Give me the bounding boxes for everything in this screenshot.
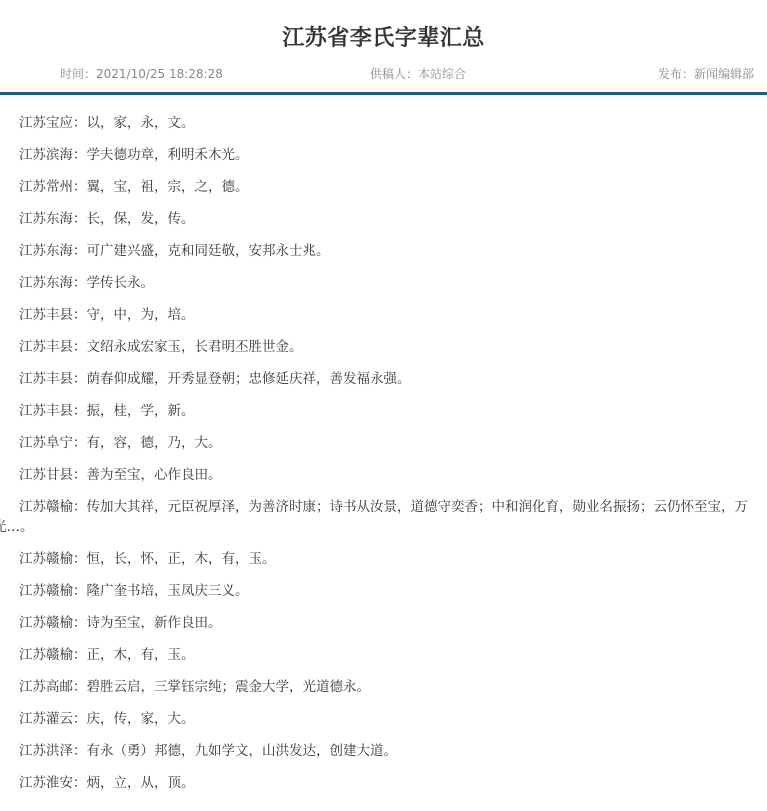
entry-paragraph: 江苏赣榆：隆广奎书培，玉凤庆三义。 (0, 581, 767, 613)
entry-paragraph: 江苏淮安：炳，立，从，顶。 (0, 773, 767, 805)
entry-paragraph: 江苏赣榆：正，木，有，玉。 (0, 645, 767, 677)
entry-paragraph: 江苏丰县：振，桂，学，新。 (0, 401, 767, 433)
entry-paragraph-long: 江苏赣榆：传加大其祥，元臣祝厚泽，为善济时康；诗书从汝景，道德守奕香；中和润化育… (0, 497, 767, 549)
contributor: 供稿人：本站综合 (370, 64, 466, 84)
entry-paragraph: 江苏丰县：荫春仰成耀，开秀显登朝；忠修延庆祥，善发福永强。 (0, 369, 767, 401)
entry-paragraph: 江苏赣榆：诗为至宝，新作良田。 (0, 613, 767, 645)
entry-paragraph: 江苏滨海：学夫德功章，利明禾木光。 (0, 145, 767, 177)
entry-long-second-line: 光…。 (0, 517, 767, 537)
article-meta: 时间：2021/10/25 18:28:28 供稿人：本站综合 发布：新闻编辑部 (0, 64, 767, 84)
entry-paragraph: 江苏灌云：庆，传，家，大。 (0, 709, 767, 741)
publisher: 发布：新闻编辑部 (658, 64, 754, 84)
entry-paragraph: 江苏东海：长，保，发，传。 (0, 209, 767, 241)
entry-paragraph: 江苏丰县：文绍永成宏家玉，长君明丕胜世金。 (0, 337, 767, 369)
entry-paragraph: 江苏洪泽：有永（勇）邦德，九如学文，山洪发达，创建大道。 (0, 741, 767, 773)
entry-paragraph: 江苏阜宁：有，容，德，乃，大。 (0, 433, 767, 465)
entry-paragraph: 江苏常州：翼，宝，祖，宗，之，德。 (0, 177, 767, 209)
article-body: 江苏宝应：以，家，永，文。 江苏滨海：学夫德功章，利明禾木光。 江苏常州：翼，宝… (0, 113, 767, 805)
entry-paragraph: 江苏宝应：以，家，永，文。 (0, 113, 767, 145)
page-title: 江苏省李氏字辈汇总 (0, 23, 767, 55)
entry-long-first-line: 江苏赣榆：传加大其祥，元臣祝厚泽，为善济时康；诗书从汝景，道德守奕香；中和润化育… (19, 497, 767, 517)
entry-paragraph: 江苏东海：可广建兴盛，克和同廷敬，安邦永士兆。 (0, 241, 767, 273)
entry-paragraph: 江苏甘县：善为至宝，心作良田。 (0, 465, 767, 497)
meta-band (0, 84, 767, 92)
publish-time: 时间：2021/10/25 18:28:28 (60, 64, 223, 84)
entry-paragraph: 江苏丰县：守，中，为，培。 (0, 305, 767, 337)
header-divider (0, 92, 767, 95)
entry-paragraph: 江苏高邮：碧胜云启，三掌钰宗纯；震金大学，光道德永。 (0, 677, 767, 709)
entry-paragraph: 江苏东海：学传长永。 (0, 273, 767, 305)
entry-paragraph: 江苏赣榆：恒，长，怀，正，木，有，玉。 (0, 549, 767, 581)
